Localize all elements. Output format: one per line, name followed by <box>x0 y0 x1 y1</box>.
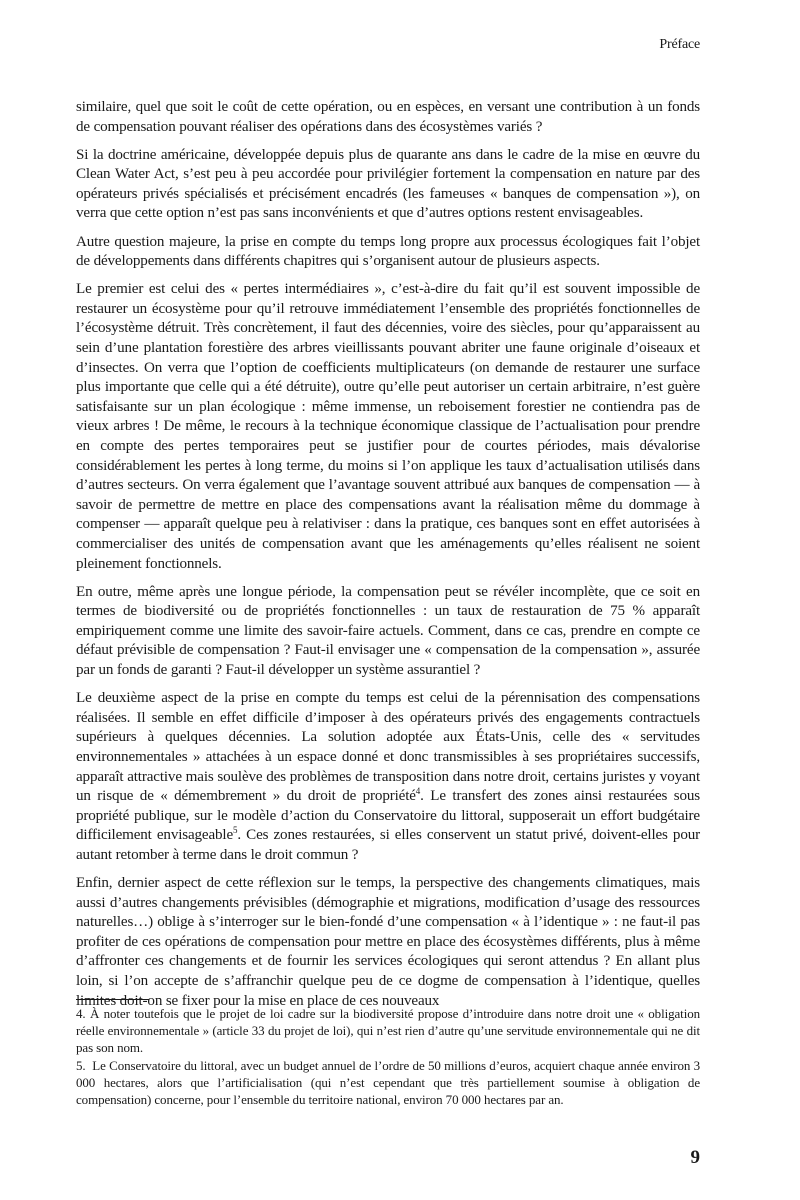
paragraph-american-doctrine: Si la doctrine américaine, développée de… <box>76 146 700 224</box>
footnotes: 4. À noter toutefois que le projet de lo… <box>76 1005 700 1108</box>
paragraph-incomplete-compensation: En outre, même après une longue période,… <box>76 583 700 681</box>
footnote-4: 4. À noter toutefois que le projet de lo… <box>76 1005 700 1057</box>
footnote-5: 5. Le Conservatoire du littoral, avec un… <box>76 1057 700 1109</box>
footnote-number: 5. <box>76 1058 86 1073</box>
paragraph-continuation: similaire, quel que soit le coût de cett… <box>76 98 700 137</box>
paragraph-text: Le deuxième aspect de la prise en compte… <box>76 690 700 804</box>
running-head: Préface <box>659 37 700 53</box>
paragraph-climate-change: Enfin, dernier aspect de cette réflexion… <box>76 874 700 1011</box>
footnote-text: À noter toutefois que le projet de loi c… <box>76 1006 700 1055</box>
body-text: similaire, quel que soit le coût de cett… <box>76 98 700 1020</box>
paragraph-intermediate-losses: Le premier est celui des « pertes interm… <box>76 280 700 574</box>
footnote-text: Le Conservatoire du littoral, avec un bu… <box>76 1058 700 1107</box>
document-page: Préface similaire, quel que soit le coût… <box>0 0 800 1200</box>
paragraph-perennity: Le deuxième aspect de la prise en compte… <box>76 689 700 865</box>
page-number: 9 <box>691 1147 701 1169</box>
paragraph-time-question: Autre question majeure, la prise en comp… <box>76 233 700 272</box>
footnote-divider <box>76 999 149 1000</box>
footnote-number: 4. <box>76 1006 86 1021</box>
